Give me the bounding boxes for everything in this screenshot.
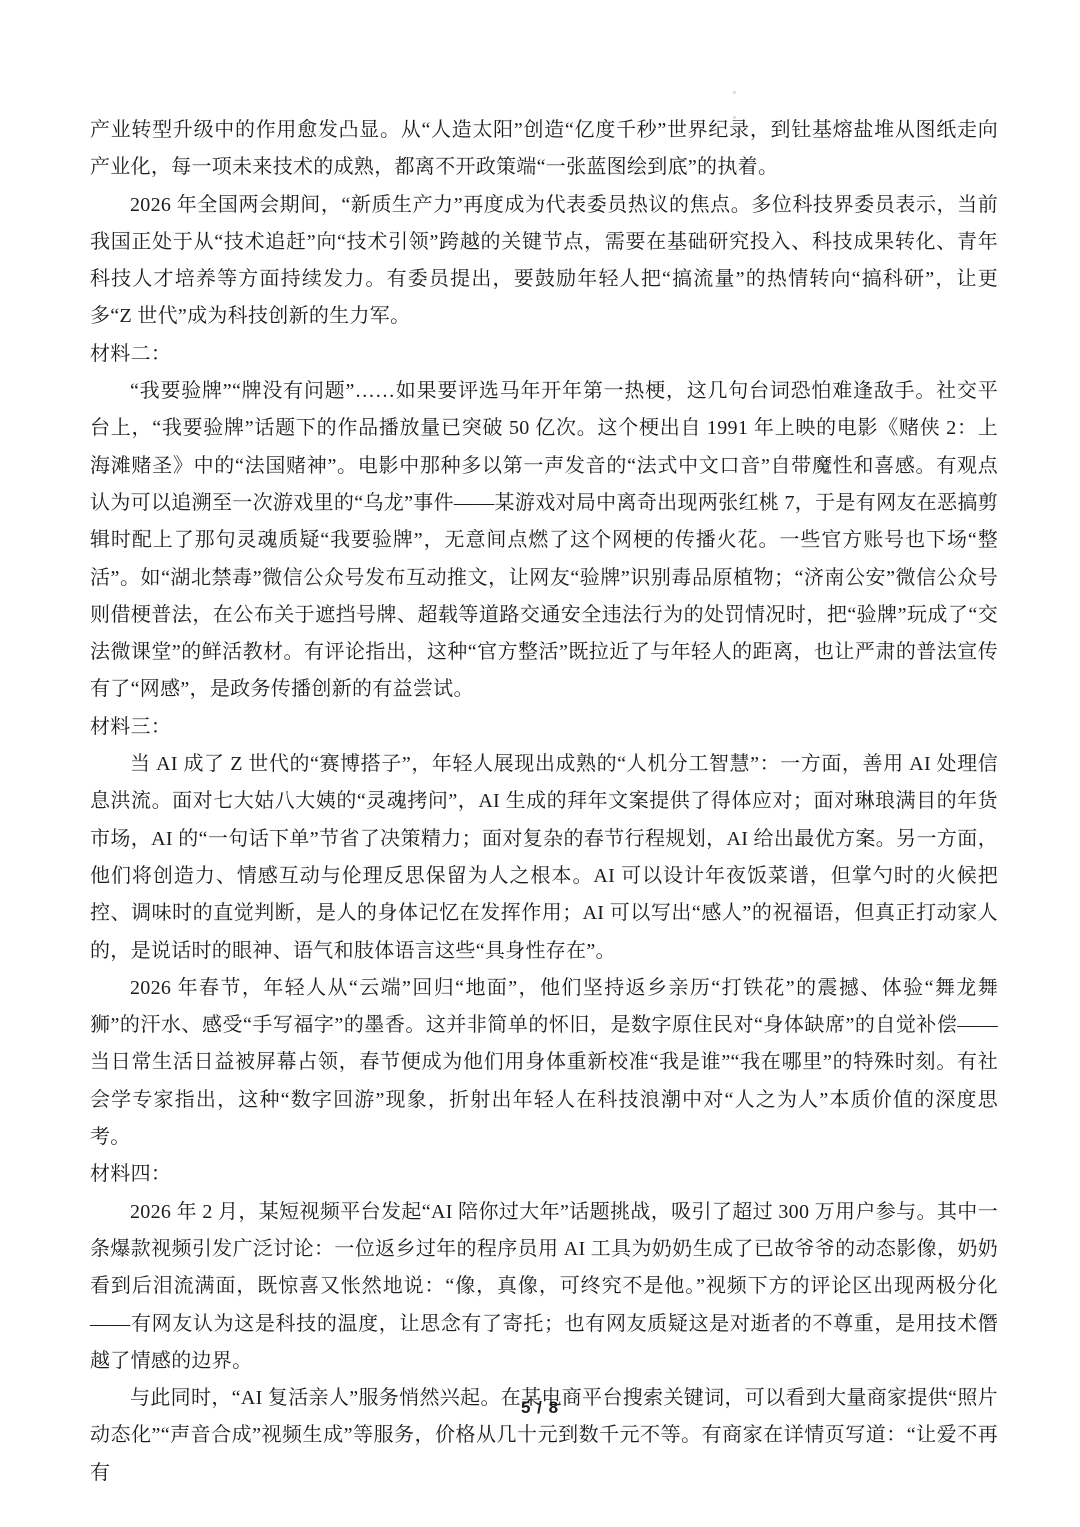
body-paragraph: 2026 年春节，年轻人从“云端”回归“地面”，他们坚持返乡亲历“打铁花”的震撼… xyxy=(90,970,998,1156)
body-paragraph: “我要验牌”“牌没有问题”……如果要评选马年开年第一热梗，这几句台词恐怕难逢敌手… xyxy=(90,373,998,709)
material-4-heading: 材料四： xyxy=(90,1156,998,1193)
document-page: 产业转型升级中的作用愈发凸显。从“人造太阳”创造“亿度千秒”世界纪录，到钍基熔盐… xyxy=(0,0,1080,1527)
body-paragraph: 当 AI 成了 Z 世代的“赛博搭子”，年轻人展现出成熟的“人机分工智慧”：一方… xyxy=(90,746,998,970)
scan-artifact-dot xyxy=(733,91,736,94)
material-3-heading: 材料三： xyxy=(90,709,998,746)
material-2-heading: 材料二： xyxy=(90,336,998,373)
page-number: 5 / 8 xyxy=(0,1398,1080,1418)
body-paragraph: 2026 年全国两会期间，“新质生产力”再度成为代表委员热议的焦点。多位科技界委… xyxy=(90,187,998,336)
body-paragraph: 2026 年 2 月，某短视频平台发起“AI 陪你过大年”话题挑战，吸引了超过 … xyxy=(90,1194,998,1380)
document-body: 产业转型升级中的作用愈发凸显。从“人造太阳”创造“亿度千秒”世界纪录，到钍基熔盐… xyxy=(90,112,998,1492)
body-paragraph: 与此同时，“AI 复活亲人”服务悄然兴起。在某电商平台搜索关键词，可以看到大量商… xyxy=(90,1380,998,1492)
body-paragraph-continued: 产业转型升级中的作用愈发凸显。从“人造太阳”创造“亿度千秒”世界纪录，到钍基熔盐… xyxy=(90,112,998,187)
